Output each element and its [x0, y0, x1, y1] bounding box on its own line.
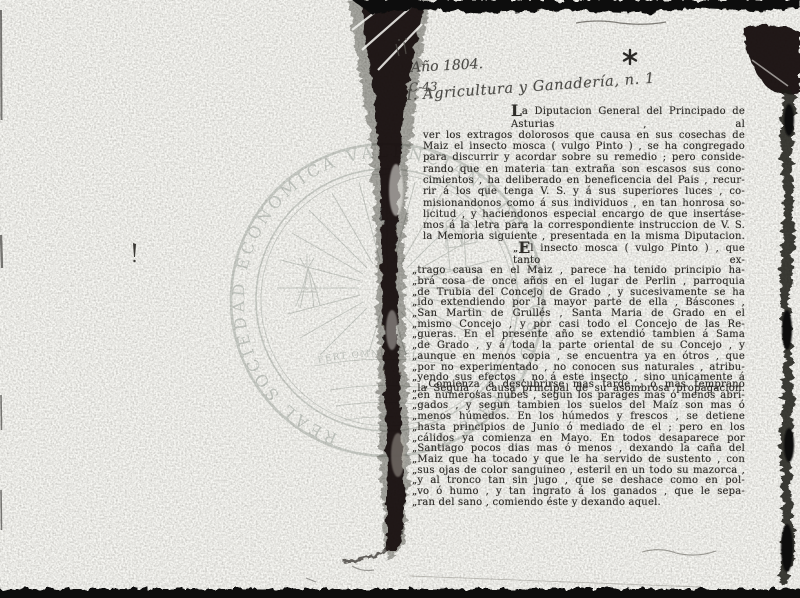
paragraph-memoria-1: „El insecto mosca ( vulgo Pinto ) , que …: [423, 240, 745, 395]
drop-cap: E: [518, 240, 530, 256]
print-line: „aunque en menos copia , se encuentra ya…: [423, 352, 745, 363]
print-line: mos á la letra para la correspondiente i…: [423, 220, 745, 231]
print-line: licitud , y haciendonos especial encargo…: [423, 209, 745, 220]
paragraph-memoria-2: „Comienza á descubrirse mas tarde , ó ma…: [423, 380, 745, 508]
print-line-first: „El insecto mosca ( vulgo Pinto ) , que …: [423, 240, 745, 266]
print-line-first: La Diputacion General del Principado de …: [423, 103, 745, 130]
drop-cap: L: [511, 103, 522, 119]
print-line: rando que en materia tan extraña son esc…: [423, 164, 745, 175]
scanned-page: FERT OMNIA TELLUS REAL SOCIEDAD ECONOMIC…: [0, 0, 800, 598]
scan-edge-bottom: [0, 589, 800, 598]
print-line: cimientos , ha deliberado en beneficenci…: [423, 175, 745, 186]
print-line: ver los extragos dolorosos que causa en …: [423, 130, 745, 141]
print-line: para discurrir y acordar sobre su remedi…: [423, 152, 745, 163]
print-line: Maiz el insecto mosca ( vulgo Pinto ) , …: [423, 141, 745, 152]
print-line: misionandonos como á sus individuos , en…: [423, 198, 745, 209]
print-line: „ran del sano , comiendo éste y dexando …: [423, 498, 745, 509]
print-line: „brá cosa de once años en el lugar de Pe…: [423, 277, 745, 288]
print-line: „hasta principios de Junio ó mediado de …: [423, 423, 745, 434]
paragraph-opening: La Diputacion General del Principado de …: [423, 103, 745, 243]
print-line: rir á los que tenga V. S. y á sus superi…: [423, 186, 745, 197]
